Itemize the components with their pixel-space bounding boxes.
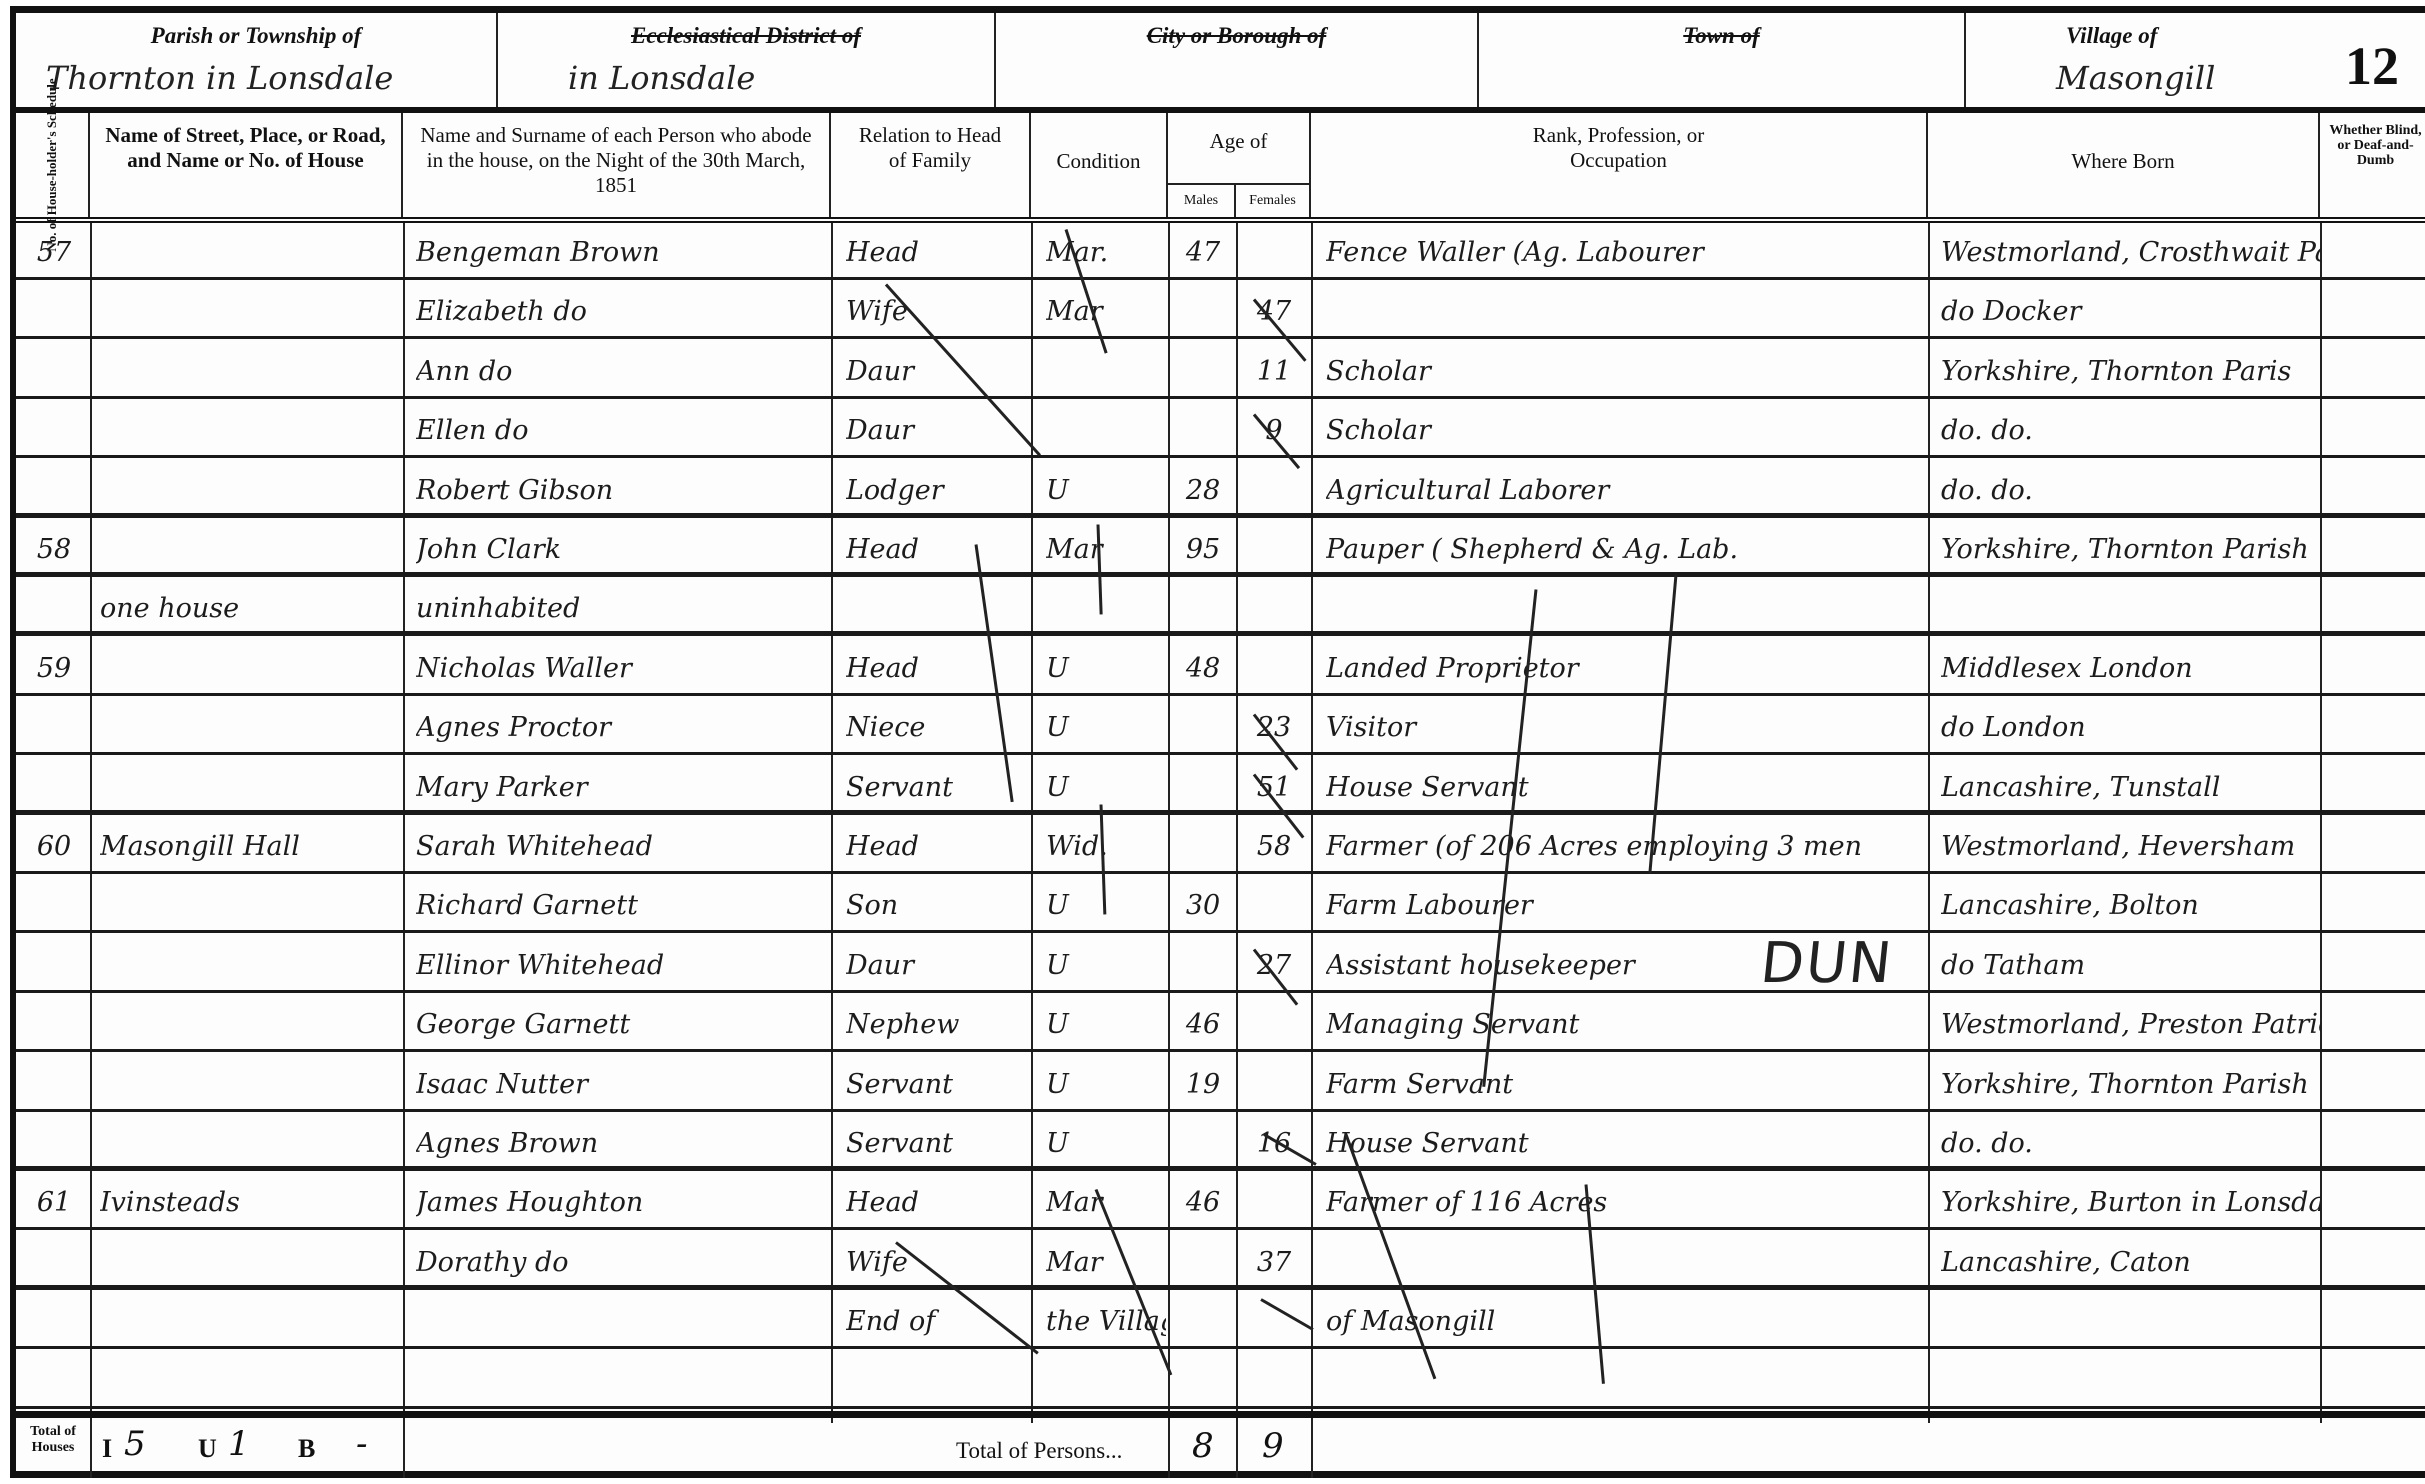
col-condition-label: Condition — [1056, 149, 1140, 173]
divider — [1311, 1418, 1313, 1478]
row-rule — [16, 513, 2425, 518]
occupation: Pauper ( Shepherd & Ag. Lab. — [1326, 528, 1924, 572]
birthplace: do. do. — [1941, 409, 2321, 453]
town-label: Town of — [1479, 23, 1964, 49]
male-age — [1172, 1122, 1234, 1166]
male-age — [1172, 350, 1234, 394]
birthplace: do London — [1941, 706, 2321, 750]
street-name: one house — [100, 587, 400, 631]
birthplace: Lancashire, Caton — [1941, 1241, 2321, 1285]
birthplace — [1941, 587, 2321, 631]
male-age: 28 — [1172, 469, 1234, 513]
birthplace: Lancashire, Bolton — [1941, 884, 2321, 928]
condition: Mar — [1046, 1241, 1166, 1285]
birthplace: Lancashire, Tunstall — [1941, 766, 2321, 810]
person-name: Robert Gibson — [416, 469, 826, 513]
row-rule — [16, 572, 2425, 577]
condition — [1046, 587, 1166, 631]
condition: Mar — [1046, 528, 1166, 572]
relation: Wife — [846, 1241, 1026, 1285]
schedule-number — [22, 766, 86, 810]
schedule-number — [22, 1300, 86, 1344]
person-name: Agnes Proctor — [416, 706, 826, 750]
table-row: Robert GibsonLodgerU28Agricultural Labor… — [16, 461, 2425, 518]
schedule-number — [22, 1241, 86, 1285]
table-row — [16, 1352, 2425, 1409]
person-name: Ellinor Whitehead — [416, 944, 826, 988]
female-age — [1240, 469, 1308, 513]
street-name — [100, 528, 400, 572]
col-name-label: Name and Surname of each Person who abod… — [420, 123, 811, 197]
male-age — [1172, 290, 1234, 334]
male-age: 47 — [1172, 231, 1234, 275]
street-name — [100, 1122, 400, 1166]
ecclesiastical-value: in Lonsdale — [568, 59, 994, 97]
male-age — [1172, 1300, 1234, 1344]
row-rule — [16, 396, 2425, 399]
street-name: Ivinsteads — [100, 1181, 400, 1225]
relation: Daur — [846, 350, 1026, 394]
female-age — [1240, 1063, 1308, 1107]
divider — [403, 1418, 405, 1478]
table-row: Agnes BrownServantU16House Servantdo. do… — [16, 1114, 2425, 1171]
relation: Head — [846, 231, 1026, 275]
occupation: Fence Waller (Ag. Labourer — [1326, 231, 1924, 275]
person-name: John Clark — [416, 528, 826, 572]
parish-label: Parish or Township of — [16, 23, 496, 49]
birthplace: Westmorland, Preston Patrick — [1941, 1003, 2321, 1047]
col-age-label: Age of — [1210, 129, 1268, 153]
birthplace: Yorkshire, Thornton Paris — [1941, 350, 2321, 394]
occupation: Farmer (of 206 Acres employing 3 men — [1326, 825, 1924, 869]
schedule-number — [22, 409, 86, 453]
table-row: Richard GarnettSonU30Farm LabourerLancas… — [16, 876, 2425, 933]
male-age — [1172, 1241, 1234, 1285]
relation: Wife — [846, 290, 1026, 334]
relation: Daur — [846, 409, 1026, 453]
person-name: Nicholas Waller — [416, 647, 826, 691]
occupation: Scholar — [1326, 409, 1924, 453]
table-row: one houseuninhabited — [16, 579, 2425, 636]
total-persons-label: Total of Persons... — [956, 1438, 1122, 1464]
schedule-number — [22, 884, 86, 928]
person-name: Agnes Brown — [416, 1122, 826, 1166]
street-name — [100, 409, 400, 453]
row-rule — [16, 631, 2425, 636]
schedule-number — [22, 587, 86, 631]
schedule-number — [22, 290, 86, 334]
male-age — [1172, 1360, 1234, 1404]
condition: Mar. — [1046, 231, 1166, 275]
row-rule — [16, 1109, 2425, 1112]
person-name: Dorathy do — [416, 1241, 826, 1285]
occupation: Farm Servant — [1326, 1063, 1924, 1107]
female-age: 11 — [1240, 350, 1308, 394]
female-age — [1240, 231, 1308, 275]
col-name: Name and Surname of each Person who abod… — [403, 113, 831, 217]
birthplace: Yorkshire, Thornton Parish — [1941, 528, 2321, 572]
street-name — [100, 706, 400, 750]
ecclesiastical-label: Ecclesiastical District of — [498, 23, 994, 49]
street-name — [100, 350, 400, 394]
schedule-number — [22, 469, 86, 513]
condition: U — [1046, 1003, 1166, 1047]
female-age — [1240, 587, 1308, 631]
col-females-label: Females — [1249, 193, 1296, 208]
col-blind: Whether Blind, or Deaf-and-Dumb — [2320, 113, 2425, 217]
occupation — [1326, 1360, 1924, 1404]
person-name: Richard Garnett — [416, 884, 826, 928]
col-occupation: Rank, Profession, or Occupation — [1311, 113, 1928, 217]
relation: Nephew — [846, 1003, 1026, 1047]
city-cell: City or Borough of — [996, 13, 1479, 107]
parish-cell: Parish or Township of Thornton in Lonsda… — [16, 13, 498, 107]
street-name — [100, 1360, 400, 1404]
table-row: Ann doDaur11ScholarYorkshire, Thornton P… — [16, 342, 2425, 399]
col-blind-label: Whether Blind, or Deaf-and-Dumb — [2329, 123, 2421, 168]
relation: Head — [846, 825, 1026, 869]
total-houses-label: Total of Houses — [20, 1424, 86, 1456]
row-rule — [16, 455, 2425, 458]
birthplace: do Tatham — [1941, 944, 2321, 988]
condition: Wid. — [1046, 825, 1166, 869]
town-cell: Town of — [1479, 13, 1966, 107]
schedule-number: 57 — [22, 231, 86, 275]
col-relation: Relation to Head of Family — [831, 113, 1031, 217]
birthplace — [1941, 1300, 2321, 1344]
table-row: Dorathy doWifeMar37Lancashire, Caton — [16, 1233, 2425, 1290]
table-row: 58John ClarkHeadMar95Pauper ( Shepherd &… — [16, 520, 2425, 577]
col-males: Males — [1168, 183, 1236, 217]
row-rule — [16, 1166, 2425, 1171]
male-age — [1172, 766, 1234, 810]
birthplace — [1941, 1360, 2321, 1404]
birthplace: do Docker — [1941, 290, 2321, 334]
person-name: Mary Parker — [416, 766, 826, 810]
occupation — [1326, 290, 1924, 334]
occupation: Scholar — [1326, 350, 1924, 394]
schedule-number — [22, 944, 86, 988]
birthplace: Westmorland, Heversham — [1941, 825, 2321, 869]
condition: U — [1046, 766, 1166, 810]
condition — [1046, 409, 1166, 453]
male-age: 46 — [1172, 1003, 1234, 1047]
condition: Mar — [1046, 290, 1166, 334]
male-age: 19 — [1172, 1063, 1234, 1107]
row-rule — [16, 1285, 2425, 1290]
birthplace: Yorkshire, Burton in Lonsdale — [1941, 1181, 2321, 1225]
relation: Head — [846, 528, 1026, 572]
female-age: 16 — [1240, 1122, 1308, 1166]
birthplace: Yorkshire, Thornton Parish — [1941, 1063, 2321, 1107]
occupation: Landed Proprietor — [1326, 647, 1924, 691]
row-rule — [16, 1406, 2425, 1409]
female-age: 37 — [1240, 1241, 1308, 1285]
col-age: Age of Males Females — [1168, 113, 1311, 217]
male-age — [1172, 587, 1234, 631]
row-rule — [16, 336, 2425, 339]
table-row: Ellen doDaur9Scholardo. do. — [16, 401, 2425, 458]
males-total: 8 — [1192, 1426, 1214, 1466]
col-occupation-label: Rank, Profession, or Occupation — [1533, 123, 1705, 172]
female-age — [1240, 1003, 1308, 1047]
relation: Daur — [846, 944, 1026, 988]
street-name: Masongill Hall — [100, 825, 400, 869]
person-name: Isaac Nutter — [416, 1063, 826, 1107]
schedule-number: 60 — [22, 825, 86, 869]
row-rule — [16, 277, 2425, 280]
divider — [90, 1418, 92, 1478]
male-age: 95 — [1172, 528, 1234, 572]
city-label: City or Borough of — [996, 23, 1477, 49]
col-females: Females — [1236, 183, 1309, 217]
relation: Servant — [846, 766, 1026, 810]
totals-rule — [16, 1411, 2425, 1418]
condition: U — [1046, 647, 1166, 691]
col-males-label: Males — [1184, 193, 1218, 208]
occupation: Farmer of 116 Acres — [1326, 1181, 1924, 1225]
female-age — [1240, 647, 1308, 691]
divider — [1236, 1418, 1238, 1478]
building-value: - — [356, 1424, 368, 1464]
person-name: Elizabeth do — [416, 290, 826, 334]
relation: Son — [846, 884, 1026, 928]
occupation: House Servant — [1326, 766, 1924, 810]
person-name: uninhabited — [416, 587, 826, 631]
occupation: Farm Labourer — [1326, 884, 1924, 928]
col-schedule: No. of House-holder's Schedule — [16, 113, 90, 217]
ecclesiastical-cell: Ecclesiastical District of in Lonsdale — [498, 13, 996, 107]
census-sheet: Parish or Township of Thornton in Lonsda… — [10, 6, 2425, 1478]
row-rule — [16, 871, 2425, 874]
table-row: Mary ParkerServantU51House ServantLancas… — [16, 758, 2425, 815]
schedule-number — [22, 1003, 86, 1047]
street-name — [100, 647, 400, 691]
row-rule — [16, 1346, 2425, 1349]
females-total: 9 — [1262, 1426, 1284, 1466]
male-age — [1172, 409, 1234, 453]
street-name — [100, 1241, 400, 1285]
person-name: Sarah Whitehead — [416, 825, 826, 869]
schedule-number — [22, 350, 86, 394]
condition: U — [1046, 944, 1166, 988]
schedule-number — [22, 706, 86, 750]
col-born-label: Where Born — [2071, 149, 2174, 173]
relation: Lodger — [846, 469, 1026, 513]
person-name — [416, 1300, 826, 1344]
street-name — [100, 944, 400, 988]
row-rule — [16, 990, 2425, 993]
table-row: 59Nicholas WallerHeadU48Landed Proprieto… — [16, 639, 2425, 696]
street-name — [100, 231, 400, 275]
occupation — [1326, 1241, 1924, 1285]
schedule-number — [22, 1360, 86, 1404]
female-age: 27 — [1240, 944, 1308, 988]
condition — [1046, 1360, 1166, 1404]
col-street-label: Name of Street, Place, or Road, and Name… — [105, 123, 385, 172]
female-age: 9 — [1240, 409, 1308, 453]
male-age: 46 — [1172, 1181, 1234, 1225]
row-rule — [16, 810, 2425, 815]
col-born: Where Born — [1928, 113, 2320, 217]
row-rule — [16, 930, 2425, 933]
relation: Head — [846, 647, 1026, 691]
male-age: 48 — [1172, 647, 1234, 691]
person-name: Ellen do — [416, 409, 826, 453]
table-row: Isaac NutterServantU19Farm ServantYorksh… — [16, 1055, 2425, 1112]
row-rule — [16, 693, 2425, 696]
uninhabited-value: 1 — [228, 1424, 250, 1464]
schedule-number: 59 — [22, 647, 86, 691]
schedule-number — [22, 1122, 86, 1166]
birthplace: Middlesex London — [1941, 647, 2321, 691]
person-name: James Houghton — [416, 1181, 826, 1225]
birthplace: Westmorland, Crosthwait Par — [1941, 231, 2321, 275]
inhabited-label: I — [102, 1434, 112, 1464]
female-age — [1240, 1181, 1308, 1225]
condition — [1046, 350, 1166, 394]
street-name — [100, 1063, 400, 1107]
relation: Head — [846, 1181, 1026, 1225]
schedule-number — [22, 1063, 86, 1107]
inhabited-value: 5 — [124, 1424, 146, 1464]
occupation: Visitor — [1326, 706, 1924, 750]
table-row: Ellinor WhiteheadDaurU27Assistant housek… — [16, 936, 2425, 993]
building-label: B — [298, 1434, 315, 1464]
table-row: 57Bengeman BrownHeadMar.47Fence Waller (… — [16, 223, 2425, 280]
village-cell: Village of Masongill 12 — [1966, 13, 2425, 107]
col-condition: Condition — [1031, 113, 1168, 217]
totals-row: Total of Houses I 5 U 1 B - Total of Per… — [16, 1418, 2425, 1478]
uninhabited-label: U — [198, 1434, 217, 1464]
table-row: 61IvinsteadsJames HoughtonHeadMar46Farme… — [16, 1173, 2425, 1230]
male-age — [1172, 706, 1234, 750]
street-name — [100, 469, 400, 513]
person-name — [416, 1360, 826, 1404]
condition: U — [1046, 1122, 1166, 1166]
female-age — [1240, 528, 1308, 572]
row-rule — [16, 1049, 2425, 1052]
page-number: 12 — [2345, 35, 2399, 97]
occupation: Managing Servant — [1326, 1003, 1924, 1047]
relation: Servant — [846, 1063, 1026, 1107]
parish-value: Thornton in Lonsdale — [46, 59, 496, 97]
table-row: Elizabeth doWifeMar47do Docker — [16, 282, 2425, 339]
annotation-mark: DUN — [1758, 931, 1897, 996]
birthplace: do. do. — [1941, 1122, 2321, 1166]
male-age — [1172, 825, 1234, 869]
condition: U — [1046, 706, 1166, 750]
female-age — [1240, 1360, 1308, 1404]
street-name — [100, 1003, 400, 1047]
person-name: George Garnett — [416, 1003, 826, 1047]
schedule-number: 58 — [22, 528, 86, 572]
row-rule — [16, 1227, 2425, 1230]
district-header: Parish or Township of Thornton in Lonsda… — [16, 13, 2425, 113]
relation — [846, 587, 1026, 631]
occupation: Agricultural Laborer — [1326, 469, 1924, 513]
row-rule — [16, 752, 2425, 755]
divider — [1168, 1418, 1170, 1478]
table-row: George GarnettNephewU46Managing ServantW… — [16, 995, 2425, 1052]
male-age — [1172, 944, 1234, 988]
person-name: Ann do — [416, 350, 826, 394]
col-street: Name of Street, Place, or Road, and Name… — [90, 113, 403, 217]
person-name: Bengeman Brown — [416, 231, 826, 275]
street-name — [100, 884, 400, 928]
occupation: House Servant — [1326, 1122, 1924, 1166]
street-name — [100, 766, 400, 810]
female-age — [1240, 884, 1308, 928]
male-age: 30 — [1172, 884, 1234, 928]
table-row: 60Masongill HallSarah WhiteheadHeadWid.5… — [16, 817, 2425, 874]
occupation — [1326, 587, 1924, 631]
table-row: Agnes ProctorNieceU23Visitordo London — [16, 698, 2425, 755]
street-name — [100, 1300, 400, 1344]
condition: U — [1046, 469, 1166, 513]
street-name — [100, 290, 400, 334]
col-relation-label: Relation to Head of Family — [859, 123, 1001, 172]
condition: U — [1046, 1063, 1166, 1107]
female-age: 47 — [1240, 290, 1308, 334]
schedule-number: 61 — [22, 1181, 86, 1225]
relation — [846, 1360, 1026, 1404]
birthplace: do. do. — [1941, 469, 2321, 513]
table-row: End ofthe Villageof Masongill — [16, 1292, 2425, 1349]
relation: Servant — [846, 1122, 1026, 1166]
